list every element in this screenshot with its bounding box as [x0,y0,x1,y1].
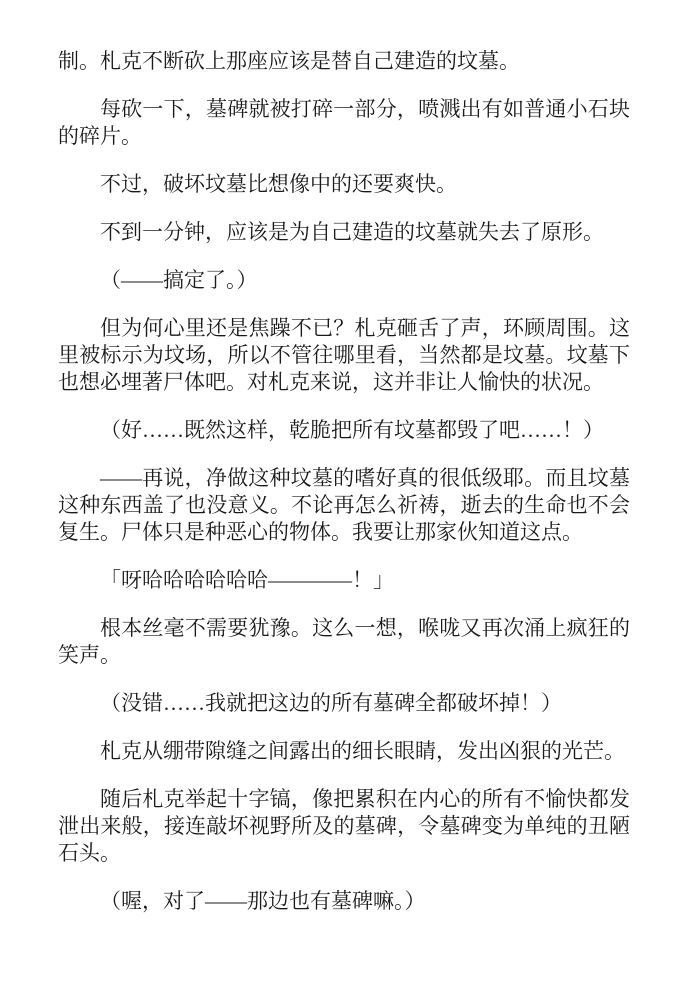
paragraph: 但为何心里还是焦躁不已？札克砸舌了声，环顾周围。这里被标示为坟场，所以不管往哪里… [58,315,630,396]
paragraph: ——再说，净做这种坟墓的嗜好真的很低级耶。而且坟墓这种东西盖了也没意义。不论再怎… [58,465,630,546]
paragraph: 不过，破坏坟墓比想像中的还要爽快。 [58,171,630,198]
page-text-content: 制。札克不断砍上那座应该是替自己建造的坟墓。 每砍一下，墓碑就被打碎一部分，喷溅… [58,48,630,915]
paragraph: 根本丝毫不需要犹豫。这么一想，喉咙又再次涌上疯狂的笑声。 [58,615,630,669]
paragraph: （——搞定了。） [58,267,630,294]
paragraph: 「呀哈哈哈哈哈哈————！」 [58,567,630,594]
paragraph: 随后札克举起十字镐，像把累积在内心的所有不愉快都发泄出来般，接连敲坏视野所及的墓… [58,786,630,867]
paragraph: 每砍一下，墓碑就被打碎一部分，喷溅出有如普通小石块的碎片。 [58,96,630,150]
paragraph: （没错……我就把这边的所有墓碑全都破坏掉！） [58,690,630,717]
paragraph: 札克从绷带隙缝之间露出的细长眼睛，发出凶狠的光芒。 [58,738,630,765]
paragraph: 制。札克不断砍上那座应该是替自己建造的坟墓。 [58,48,630,75]
paragraph: 不到一分钟，应该是为自己建造的坟墓就失去了原形。 [58,219,630,246]
book-page: 制。札克不断砍上那座应该是替自己建造的坟墓。 每砍一下，墓碑就被打碎一部分，喷溅… [0,0,700,992]
paragraph: （好……既然这样，乾脆把所有坟墓都毁了吧……！） [58,417,630,444]
paragraph: （喔，对了——那边也有墓碑嘛。） [58,888,630,915]
